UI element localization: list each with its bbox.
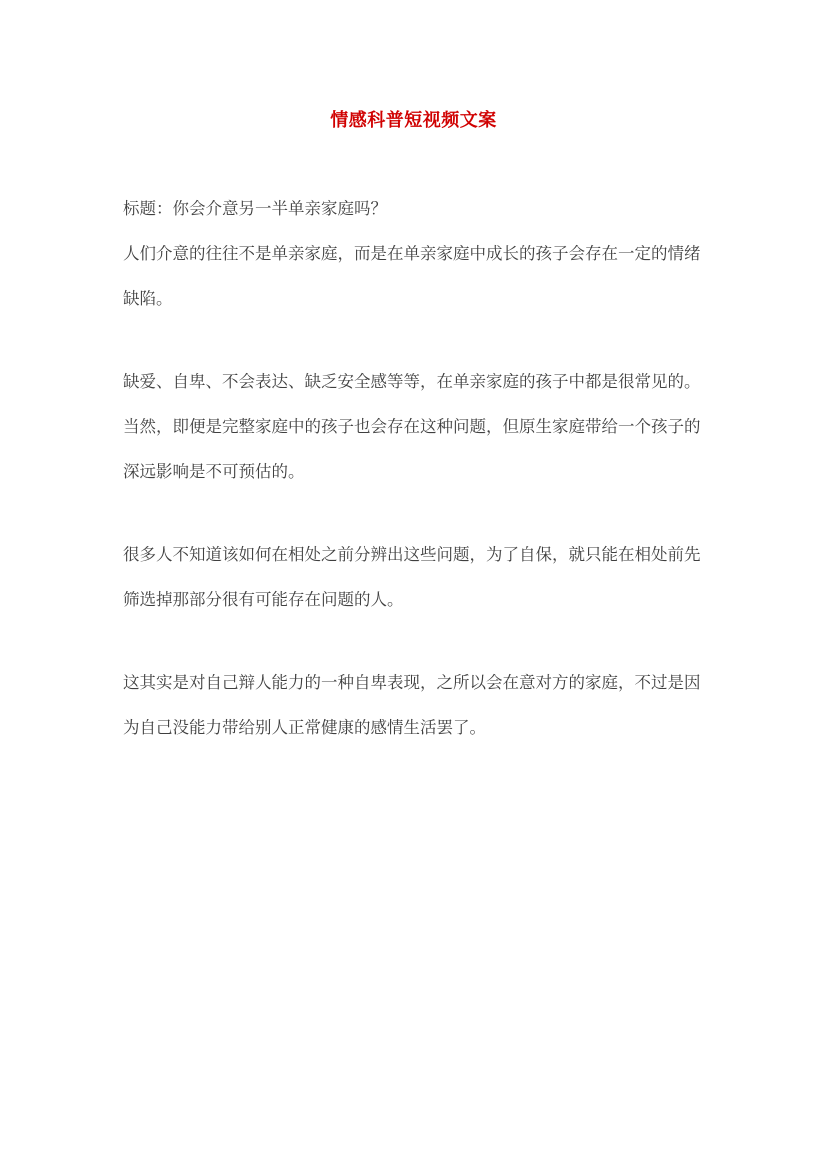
paragraph-2: 缺爱、自卑、不会表达、缺乏安全感等等，在单亲家庭的孩子中都是很常见的。当然，即便… [123,359,704,494]
document-title: 情感科普短视频文案 [123,108,704,134]
document-body: 标题：你会介意另一半单亲家庭吗？ 人们介意的往往不是单亲家庭，而是在单亲家庭中成… [123,186,704,750]
document-page: 情感科普短视频文案 标题：你会介意另一半单亲家庭吗？ 人们介意的往往不是单亲家庭… [0,0,827,1169]
paragraph-4: 这其实是对自己辩人能力的一种自卑表现，之所以会在意对方的家庭，不过是因为自己没能… [123,660,704,750]
video-title-line: 标题：你会介意另一半单亲家庭吗？ [123,186,704,231]
paragraph-1: 人们介意的往往不是单亲家庭，而是在单亲家庭中成长的孩子会存在一定的情绪缺陷。 [123,231,704,321]
paragraph-3: 很多人不知道该如何在相处之前分辨出这些问题，为了自保，就只能在相处前先筛选掉那部… [123,532,704,622]
